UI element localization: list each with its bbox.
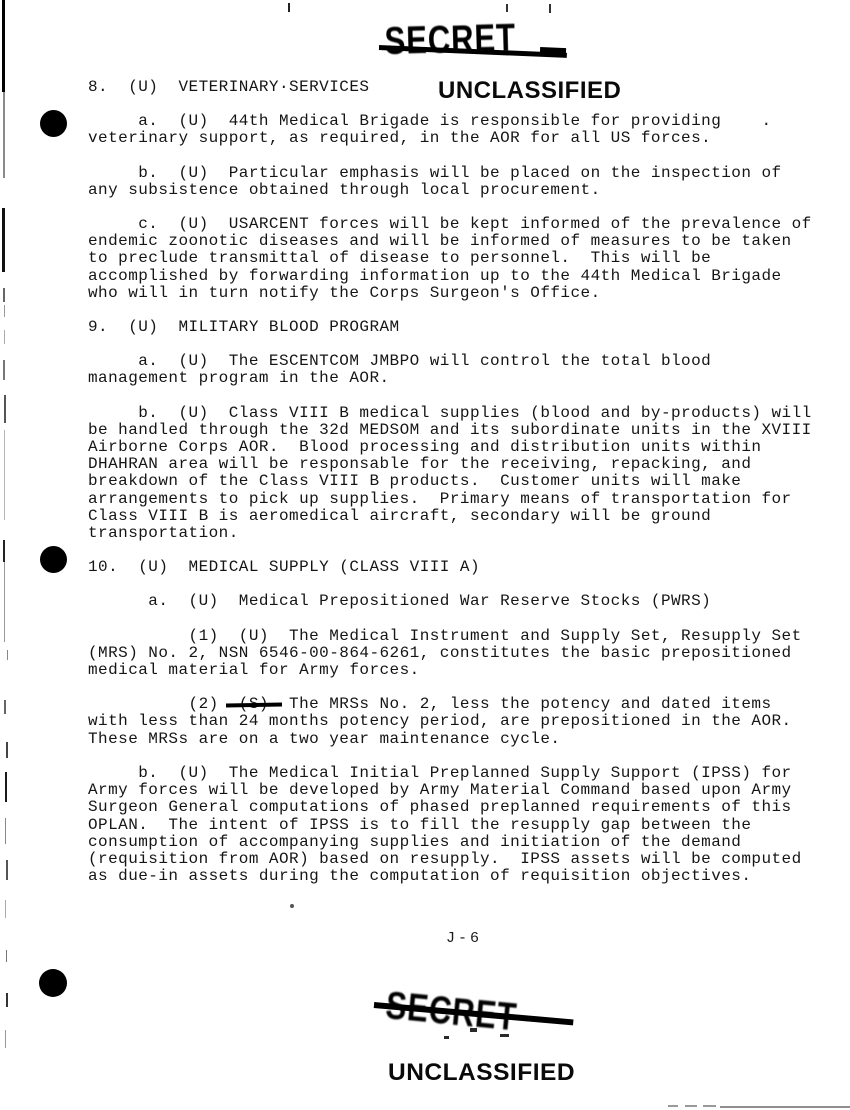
scan-artifact-dot — [290, 904, 294, 908]
paragraph: a. (U) Medical Prepositioned War Reserve… — [88, 593, 828, 610]
document-body: 8. (U) VETERINARY·SERVICES a. (U) 44th M… — [88, 79, 828, 902]
scan-artifact-line — [5, 818, 6, 844]
text-line: transportation. — [88, 525, 828, 542]
text-line: management program in the AOR. — [88, 370, 828, 387]
text-line: with less than 24 months potency period,… — [88, 713, 828, 730]
text-line: b. (U) Class VIII B medical supplies (bl… — [88, 405, 828, 422]
text-line: breakdown of the Class VIII B products. … — [88, 473, 828, 490]
text-line: Army forces will be developed by Army Ma… — [88, 782, 828, 799]
text-line: Class VIII B is aeromedical aircraft, se… — [88, 508, 828, 525]
text-line: b. (U) Particular emphasis will be place… — [88, 165, 828, 182]
text-segment: (2) — [88, 695, 239, 713]
scan-artifact-line — [6, 993, 8, 1007]
paragraph: b. (U) Class VIII B medical supplies (bl… — [88, 405, 828, 543]
hole-punch — [40, 546, 67, 573]
text-line: (requisition from AOR) based on resupply… — [88, 851, 828, 868]
scan-artifact-dash — [685, 1105, 697, 1107]
scan-artifact-line — [3, 288, 5, 302]
text-line: endemic zoonotic diseases and will be in… — [88, 233, 828, 250]
paragraph: c. (U) USARCENT forces will be kept info… — [88, 216, 828, 302]
scan-artifact-line — [4, 305, 5, 317]
scan-artifact-line — [3, 92, 5, 178]
text-line: consumption of accompanying supplies and… — [88, 834, 828, 851]
scan-artifact-tick — [549, 4, 551, 13]
text-line: a. (U) The ESCENTCOM JMBPO will control … — [88, 353, 828, 370]
text-line: 9. (U) MILITARY BLOOD PROGRAM — [88, 319, 828, 336]
scan-artifact-dash — [703, 1105, 716, 1107]
text-line: 10. (U) MEDICAL SUPPLY (CLASS VIII A) — [88, 559, 828, 576]
paragraph: a. (U) 44th Medical Brigade is responsib… — [88, 113, 828, 147]
paragraph: (2) (S) The MRSs No. 2, less the potency… — [88, 696, 828, 748]
text-line: 8. (U) VETERINARY·SERVICES — [88, 79, 828, 96]
text-line: a. (U) Medical Prepositioned War Reserve… — [88, 593, 828, 610]
hole-punch — [40, 110, 67, 137]
section-heading: 9. (U) MILITARY BLOOD PROGRAM — [88, 319, 828, 336]
text-line: be handled through the 32d MEDSOM and it… — [88, 422, 828, 439]
scan-artifact-line — [6, 742, 8, 758]
text-line: to preclude transmittal of disease to pe… — [88, 250, 828, 267]
text-line: Airborne Corps AOR. Blood processing and… — [88, 439, 828, 456]
scan-artifact-tick — [288, 3, 290, 12]
hole-punch — [39, 969, 67, 997]
unclassified-marking-bottom: UNCLASSIFIED — [388, 1059, 575, 1087]
text-line: b. (U) The Medical Initial Preplanned Su… — [88, 765, 828, 782]
scan-artifact-line — [720, 1106, 850, 1108]
text-line: medical material for Army forces. — [88, 662, 828, 679]
text-line: (MRS) No. 2, NSN 6546-00-864-6261, const… — [88, 645, 828, 662]
text-line: who will in turn notify the Corps Surgeo… — [88, 285, 828, 302]
paragraph: (1) (U) The Medical Instrument and Suppl… — [88, 628, 828, 680]
scan-artifact-line — [2, 0, 5, 92]
section-heading: 10. (U) MEDICAL SUPPLY (CLASS VIII A) — [88, 559, 828, 576]
scan-artifact-line — [4, 700, 6, 714]
scan-artifact-dash — [668, 1105, 678, 1107]
scan-artifact-line — [4, 430, 5, 520]
scan-artifact-line — [6, 950, 7, 962]
text-line: as due-in assets during the computation … — [88, 868, 828, 885]
scan-artifact-line — [6, 860, 8, 880]
text-line: any subsistence obtained through local p… — [88, 182, 828, 199]
text-segment: The MRSs No. 2, less the potency and dat… — [269, 695, 772, 713]
scan-artifact-line — [4, 562, 5, 642]
text-line: a. (U) 44th Medical Brigade is responsib… — [88, 113, 828, 130]
section-heading: 8. (U) VETERINARY·SERVICES — [88, 79, 828, 96]
paragraph: a. (U) The ESCENTCOM JMBPO will control … — [88, 353, 828, 387]
redacted-classification-marking: (S) — [239, 696, 269, 713]
secret-stamp-top: SECRET — [384, 17, 516, 64]
scan-artifact-line — [4, 395, 6, 423]
stamp-smudge — [444, 1036, 449, 1039]
scan-artifact-line — [3, 360, 5, 380]
stamp-smudge — [470, 1028, 477, 1032]
paragraph: b. (U) The Medical Initial Preplanned Su… — [88, 765, 828, 885]
text-line: Surgeon General computations of phased p… — [88, 799, 828, 816]
text-line: (1) (U) The Medical Instrument and Suppl… — [88, 628, 828, 645]
text-line: DHAHRAN area will be responsable for the… — [88, 456, 828, 473]
strikethrough-line — [540, 47, 566, 56]
scan-artifact-tick — [506, 4, 508, 12]
stamp-smudge — [500, 1034, 509, 1037]
scan-artifact-line — [7, 650, 8, 660]
text-line: accomplished by forwarding information u… — [88, 268, 828, 285]
paragraph: b. (U) Particular emphasis will be place… — [88, 165, 828, 199]
scan-artifact-line — [5, 772, 7, 802]
page-number: J-6 — [446, 930, 482, 947]
scan-artifact-line — [2, 208, 5, 272]
scan-artifact-line — [3, 540, 5, 562]
text-line: veterinary support, as required, in the … — [88, 130, 828, 147]
document-page: SECRET UNCLASSIFIED 8. (U) VETERINARY·SE… — [0, 0, 850, 1110]
text-line: OPLAN. The intent of IPSS is to fill the… — [88, 817, 828, 834]
text-line: c. (U) USARCENT forces will be kept info… — [88, 216, 828, 233]
text-line: arrangements to pick up supplies. Primar… — [88, 491, 828, 508]
scan-artifact-line — [4, 330, 5, 344]
text-line: These MRSs are on a two year maintenance… — [88, 731, 828, 748]
scan-artifact-line — [5, 900, 6, 918]
scan-artifact-line — [5, 1030, 6, 1048]
text-line: (2) (S) The MRSs No. 2, less the potency… — [88, 696, 828, 713]
